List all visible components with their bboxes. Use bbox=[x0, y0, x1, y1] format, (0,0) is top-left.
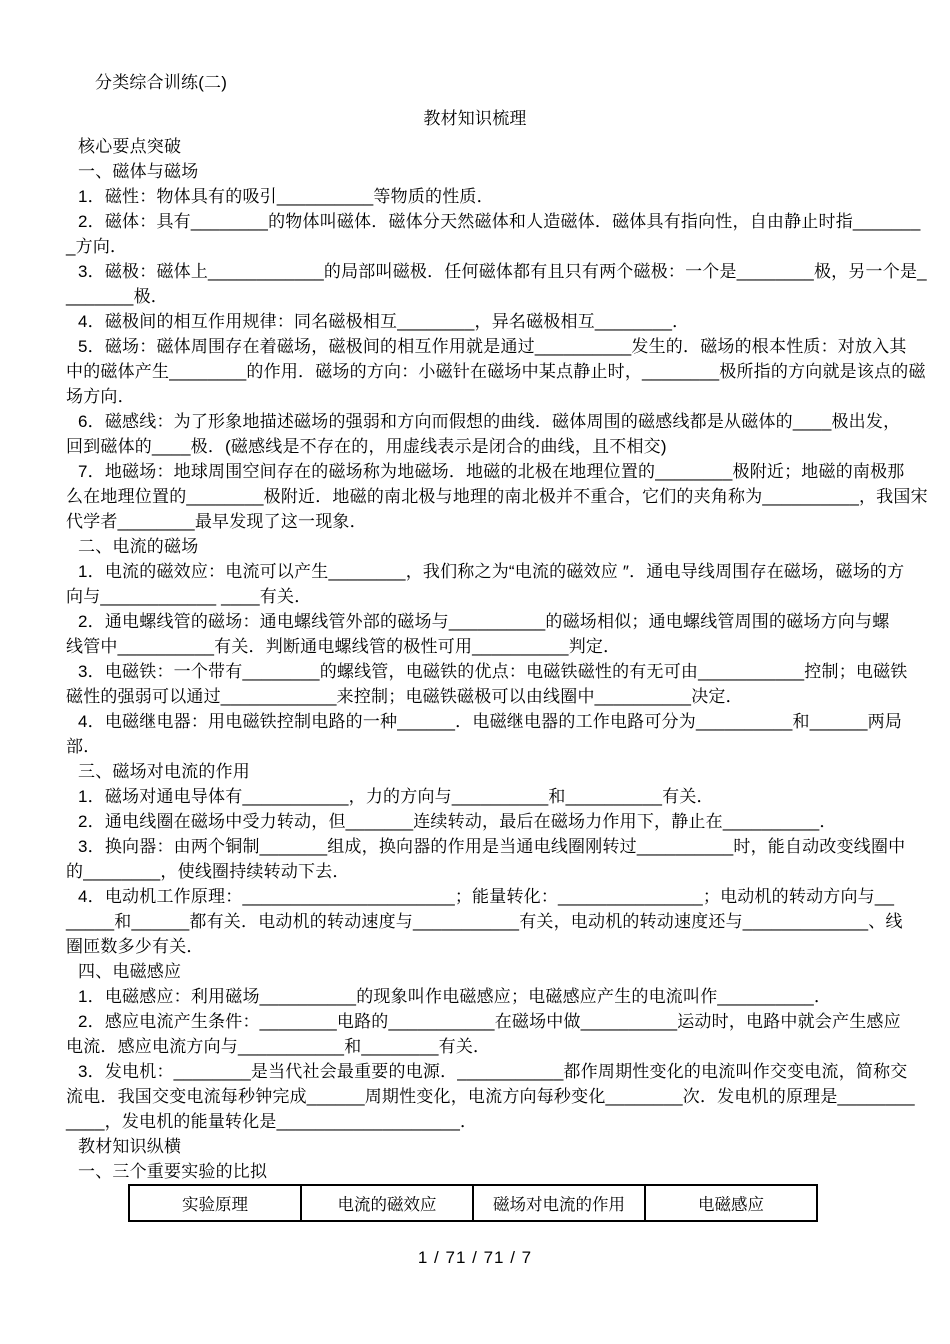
text-line: 电流．感应电流方向与___________和________有关． bbox=[66, 1034, 884, 1059]
document-body: 分类综合训练(二)教材知识梳理核心要点突破一、磁体与磁场1．磁性：物体具有的吸引… bbox=[66, 70, 884, 1184]
table-header-cell: 磁场对电流的作用 bbox=[473, 1185, 645, 1221]
text-line: 3．换向器：由两个铜制_______组成，换向器的作用是当通电线圈刚转过____… bbox=[66, 834, 884, 859]
text-line: _方向． bbox=[66, 234, 884, 259]
text-line: 中的磁体产生________的作用．磁场的方向：小磁针在磁场中某点静止时，___… bbox=[66, 359, 884, 384]
text-line: 分类综合训练(二) bbox=[66, 70, 884, 95]
text-line: 2．磁体：具有________的物体叫磁体．磁体分天然磁体和人造磁体．磁体具有指… bbox=[66, 209, 884, 234]
text-line: 流电．我国交变电流每秒钟完成______周期性变化，电流方向每秒变化______… bbox=[66, 1084, 884, 1109]
table-header-cell: 实验原理 bbox=[129, 1185, 301, 1221]
text-line: 么在地理位置的________极附近．地磁的南北极与地理的南北极并不重合，它们的… bbox=[66, 484, 884, 509]
text-line: 2．通电线圈在磁场中受力转动，但_______连续转动，最后在磁场力作用下，静止… bbox=[66, 809, 884, 834]
text-line: 圈匝数多少有关． bbox=[66, 934, 884, 959]
text-line: 1．电流的磁效应：电流可以产生________，我们称之为“电流的磁效应 ″．通… bbox=[66, 559, 884, 584]
text-line: _____和______都有关．电动机的转动速度与___________有关，电… bbox=[66, 909, 884, 934]
text-line: 代学者________最早发现了这一现象． bbox=[66, 509, 884, 534]
text-line: 场方向． bbox=[66, 384, 884, 409]
comparison-table: 实验原理电流的磁效应磁场对电流的作用电磁感应 bbox=[128, 1184, 818, 1222]
page-footer: 1 / 71 / 71 / 7 bbox=[66, 1248, 884, 1268]
text-line: 四、电磁感应 bbox=[66, 959, 884, 984]
text-line: 7．地磁场：地球周围空间存在的磁场称为地磁场．地磁的北极在地理位置的______… bbox=[66, 459, 884, 484]
text-line: 2．通电螺线管的磁场：通电螺线管外部的磁场与__________的磁场相似；通电… bbox=[66, 609, 884, 634]
text-line: 一、磁体与磁场 bbox=[66, 159, 884, 184]
table-header-cell: 电流的磁效应 bbox=[301, 1185, 473, 1221]
text-line: 4．电动机工作原理：______________________；能量转化：__… bbox=[66, 884, 884, 909]
text-line: 3．电磁铁：一个带有________的螺线管，电磁铁的优点：电磁铁磁性的有无可由… bbox=[66, 659, 884, 684]
text-line: 二、电流的磁场 bbox=[66, 534, 884, 559]
table-header-cell: 电磁感应 bbox=[645, 1185, 817, 1221]
text-line: 线管中__________有关．判断通电螺线管的极性可用__________判定… bbox=[66, 634, 884, 659]
table-header-row: 实验原理电流的磁效应磁场对电流的作用电磁感应 bbox=[129, 1185, 817, 1221]
text-line: 4．磁极间的相互作用规律：同名磁极相互________，异名磁极相互______… bbox=[66, 309, 884, 334]
text-line: 向与____________ ____有关． bbox=[66, 584, 884, 609]
text-line: 教材知识梳理 bbox=[66, 106, 884, 131]
text-line: 回到磁体的____极．(磁感线是不存在的，用虚线表示是闭合的曲线，且不相交) bbox=[66, 434, 884, 459]
text-line: 6．磁感线：为了形象地描述磁场的强弱和方向而假想的曲线．磁体周围的磁感线都是从磁… bbox=[66, 409, 884, 434]
text-line: 2．感应电流产生条件：________电路的___________在磁场中做__… bbox=[66, 1009, 884, 1034]
text-line: 1．磁场对通电导体有___________，力的方向与__________和__… bbox=[66, 784, 884, 809]
text-line: 教材知识纵横 bbox=[66, 1134, 884, 1159]
text-line: 4．电磁继电器：用电磁铁控制电路的一种______．电磁继电器的工作电路可分为_… bbox=[66, 709, 884, 734]
text-line: 3．发电机：________是当代社会最重要的电源．___________都作周… bbox=[66, 1059, 884, 1084]
text-line: 部． bbox=[66, 734, 884, 759]
text-line: 一、三个重要实验的比拟 bbox=[66, 1159, 884, 1184]
text-line: 3．磁极：磁体上____________的局部叫磁极．任何磁体都有且只有两个磁极… bbox=[66, 259, 884, 284]
text-line: 1．电磁感应：利用磁场__________的现象叫作电磁感应；电磁感应产生的电流… bbox=[66, 984, 884, 1009]
text-line: 核心要点突破 bbox=[66, 134, 884, 159]
text-line: ____，发电机的能量转化是___________________． bbox=[66, 1109, 884, 1134]
text-line: 5．磁场：磁体周围存在着磁场，磁极间的相互作用就是通过__________发生的… bbox=[66, 334, 884, 359]
text-line: 的________，使线圈持续转动下去． bbox=[66, 859, 884, 884]
text-line: _______极． bbox=[66, 284, 884, 309]
text-line: 三、磁场对电流的作用 bbox=[66, 759, 884, 784]
text-line: 磁性的强弱可以通过____________来控制；电磁铁磁极可以由线圈中____… bbox=[66, 684, 884, 709]
document-page: 分类综合训练(二)教材知识梳理核心要点突破一、磁体与磁场1．磁性：物体具有的吸引… bbox=[0, 0, 950, 1344]
text-line: 1．磁性：物体具有的吸引__________等物质的性质． bbox=[66, 184, 884, 209]
